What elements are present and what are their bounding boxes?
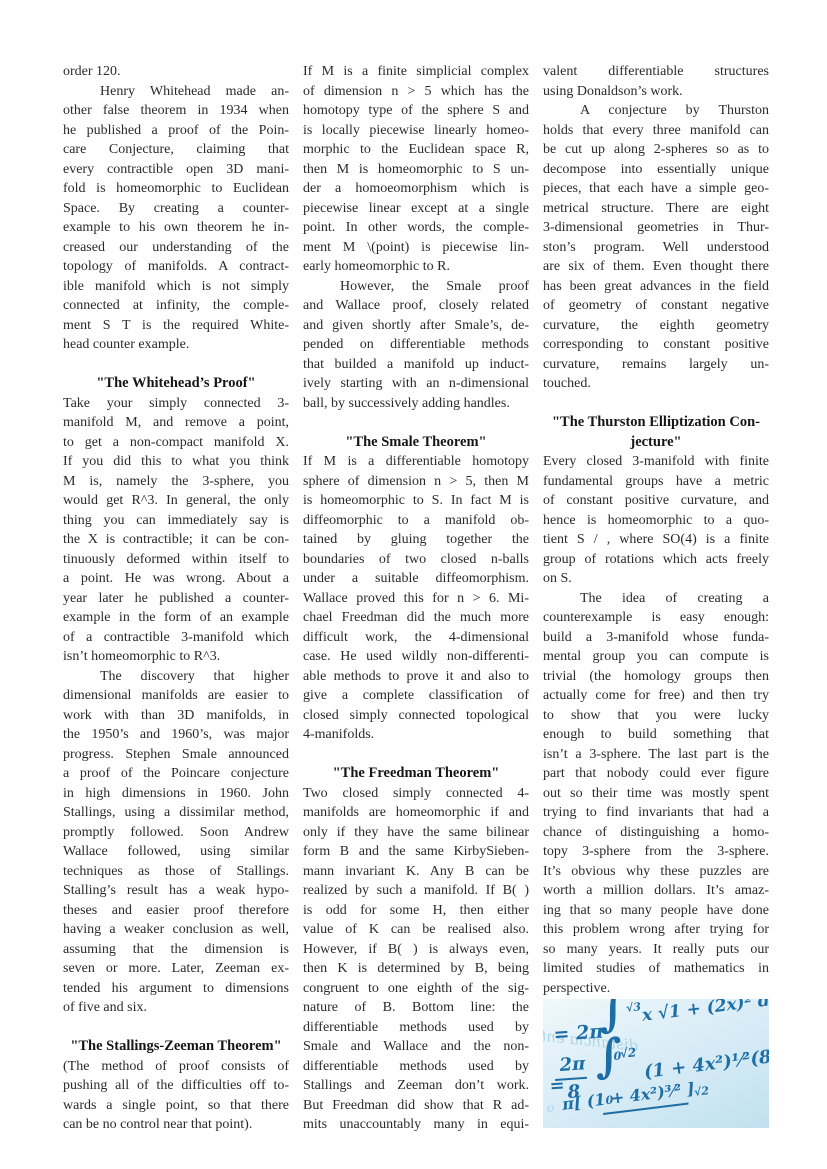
text-line: techniques as those of Stallings. [63,862,289,882]
text-line: is odd for some H, then either [303,901,529,921]
text-line: manifold M, and remove a point, [63,413,289,433]
text-line: But Freedman did show that R ad- [303,1096,529,1116]
paragraph: Every closed 3-manifold with finitefunda… [543,452,769,589]
text-line: assuming that the dimension is [63,940,289,960]
text-line: Smale and Wallace and the non- [303,1037,529,1057]
text-line: The idea of creating a [543,589,769,609]
text-line: that builded a manifold up induct- [303,355,529,375]
paragraph: Take your simply connected 3-manifold M,… [63,394,289,667]
text-line: to get a non-compact manifold X. [63,433,289,453]
text-line: part that nobody could ever figure [543,764,769,784]
text-line: corresponding to constant positive [543,335,769,355]
text-line: fold is homeomorphic to Euclidean [63,179,289,199]
text-line: dimensional manifolds are easier to [63,686,289,706]
text-line: enough to build something that [543,725,769,745]
text-line: Stallings, using a dissimilar method, [63,803,289,823]
text-line: Every closed 3-manifold with finite [543,452,769,472]
text-line: tient S / , where SO(4) is a finite [543,530,769,550]
text-line: 3-dimensional geometries in Thur- [543,218,769,238]
text-line: of constant positive curvature, and [543,491,769,511]
text-line: Wallace followed, using similar [63,842,289,862]
text-line: the 1950’s and 1960’s, was major [63,725,289,745]
text-line: group of rotations which acts freely [543,550,769,570]
text-line: trying to find invariants that had a [543,803,769,823]
text-line: If you did this to what you think [63,452,289,472]
heading-line: "The Stallings-Zeeman Theorem" [63,1037,289,1057]
heading-line: "The Freedman Theorem" [303,764,529,784]
text-line: out so their time was mostly spent [543,784,769,804]
text-line: However, if B( ) is always even, [303,940,529,960]
section-heading: "The Whitehead’s Proof" [63,374,289,394]
text-line: example in the form of an example [63,608,289,628]
text-line: order 120. [63,62,289,82]
text-line: ston’s program. Well understood [543,238,769,258]
text-line: a point. He was wrong. About a [63,569,289,589]
text-line: valent differentiable structures [543,62,769,82]
text-line: trivial (the homology groups then [543,667,769,687]
text-line: (The method of proof consists of [63,1057,289,1077]
text-line: other false theorem in 1934 when [63,101,289,121]
text-line: on S. [543,569,769,589]
photo-formula-text: √3 [625,999,642,1018]
text-line: would get R^3. In general, the only [63,491,289,511]
text-line: diffeomorphic to a manifold ob- [303,511,529,531]
text-line: form B and the same KirbySieben- [303,842,529,862]
text-line: tinuously deformed within itself to [63,550,289,570]
text-line: fundamental groups have a metric [543,472,769,492]
paragraph: If M is a finite simplicial complexof di… [303,62,529,277]
text-line: homotopy type of the sphere S and [303,101,529,121]
text-line: differentiable methods used by [303,1057,529,1077]
text-line: closed simply connected topological [303,706,529,726]
text-line: of five and six. [63,998,289,1018]
paragraph: The discovery that higherdimensional man… [63,667,289,1018]
text-line: pieces, that each have a simple geo- [543,179,769,199]
text-line: manifolds are homeomorphic if and [303,803,529,823]
photo-formula-text: 2π [559,1054,586,1075]
text-line: he published a proof of the Poin- [63,121,289,141]
text-line: der a homoeomorphism which is [303,179,529,199]
text-line: every contractible open 3D mani- [63,160,289,180]
text-line: tended his argument to dimensions [63,979,289,999]
text-line: only if they have the same bilinear [303,823,529,843]
text-line: M is, namely the 3-sphere, you [63,472,289,492]
photo-formula-text: ∫ [599,1000,626,1020]
text-line: and Wallace proof, closely related [303,296,529,316]
text-line: Space. By creating a counter- [63,199,289,219]
text-line: example to his own theorem he in- [63,218,289,238]
text-line: ment S T is the required White- [63,316,289,336]
text-line: work with than 3D manifolds, in [63,706,289,726]
text-line: ing that so many people have done [543,901,769,921]
text-line: then M is homeomorphic to S un- [303,160,529,180]
text-line: nature of B. Bottom line: the [303,998,529,1018]
paragraph: valent differentiable structuresusing Do… [543,62,769,101]
text-line: care Conjecture, claiming that [63,140,289,160]
paragraph: (The method of proof consists ofpushing … [63,1057,289,1135]
text-line: realized by such a manifold. If B( ) [303,881,529,901]
photo-formula-text: x √1 + (2x)² d [641,999,769,1026]
text-line: topology of manifolds. A contract- [63,257,289,277]
text-column-1: order 120.Henry Whitehead made an-other … [63,62,289,1135]
paragraph: order 120. [63,62,289,82]
text-line: creased our understanding of the [63,238,289,258]
text-line: promptly followed. Soon Andrew [63,823,289,843]
text-line: and given shortly after Smale’s, de- [303,316,529,336]
text-line: progress. Stephen Smale announced [63,745,289,765]
section-heading: "The Thurston Elliptization Con-jecture" [543,413,769,452]
photo-formula-text: (1 + 4x²)¹⁄²(8 [643,1047,769,1082]
text-line: However, the Smale proof [303,277,529,297]
text-line: mits unaccountably many in equi- [303,1115,529,1135]
text-line: can be no control near that point). [63,1115,289,1135]
text-line: Stalling’s result has a weak hypo- [63,881,289,901]
text-line: mann invariant K. Any B can be [303,862,529,882]
text-line: It’s obvious why these puzzles are [543,862,769,882]
text-line: worth a million dollars. It’s amaz- [543,881,769,901]
text-line: 4-manifolds. [303,725,529,745]
heading-line: "The Smale Theorem" [303,433,529,453]
text-line: If M is a differentiable homotopy [303,452,529,472]
photo-formula-text: ∫ [595,1046,622,1066]
text-line: value of K can be realised also. [303,920,529,940]
text-line: using Donaldson’s work. [543,82,769,102]
paragraph: If M is a differentiable homotopysphere … [303,452,529,745]
text-line: theses and easier proof therefore [63,901,289,921]
heading-line: "The Whitehead’s Proof" [63,374,289,394]
paragraph: Henry Whitehead made an-other false theo… [63,82,289,355]
paragraph: A conjecture by Thurstonholds that every… [543,101,769,394]
text-line: curvature, remains largely un- [543,355,769,375]
text-line: actually come for free) and then try [543,686,769,706]
text-line: to show that you were lucky [543,706,769,726]
photo-faint-text: o [547,1099,554,1119]
text-column-3: valent differentiable structuresusing Do… [543,62,769,1128]
text-column-2: If M is a finite simplicial complexof di… [303,62,529,1135]
text-line: ball, by successively adding handles. [303,394,529,414]
text-line: wards a single point, so that there [63,1096,289,1116]
text-line: seven or more. Later, Zeeman ex- [63,959,289,979]
text-line: of dimension n > 5 which has the [303,82,529,102]
text-line: difficult work, the 4-dimensional [303,628,529,648]
paragraph: The idea of creating acounterexample is … [543,589,769,999]
math-formulas-photo: ∫√3distancia entreáfica d= 2π∫0x √1 + (2… [543,999,769,1128]
text-line: isn’t homeomorphic to R^3. [63,647,289,667]
text-line: be cut up along 2-spheres so as to [543,140,769,160]
text-line: of geometry of constant negative [543,296,769,316]
text-line: case. He used wildly non-differenti- [303,647,529,667]
text-line: head counter example. [63,335,289,355]
heading-line: "The Thurston Elliptization Con- [543,413,769,433]
text-line: having a weaker conclusion as well, [63,920,289,940]
text-line: is homeomorphic to S. In fact M is [303,491,529,511]
text-line: sphere of dimension n > 5, then M [303,472,529,492]
text-line: limited studies of mathematics in [543,959,769,979]
text-line: tained by gluing together the [303,530,529,550]
text-line: congruent to one eighth of the sig- [303,979,529,999]
text-line: Wallace proved this for n > 6. Mi- [303,589,529,609]
text-line: under a suitable diffeomorphism. [303,569,529,589]
text-line: boundaries of two closed n-balls [303,550,529,570]
text-line: mental group you can compute is [543,647,769,667]
text-line: give a complete classification of [303,686,529,706]
text-line: ment M \(point) is piecewise lin- [303,238,529,258]
text-line: topy 3-sphere from the 3-sphere. [543,842,769,862]
section-heading: "The Stallings-Zeeman Theorem" [63,1037,289,1057]
text-line: is locally piecewise linearly homeo- [303,121,529,141]
text-line: are six of them. Even thought there [543,257,769,277]
text-line: connected at infinity, the comple- [63,296,289,316]
text-line: able methods to prove it and also to [303,667,529,687]
text-line: Two closed simply connected 4- [303,784,529,804]
text-line: counterexample is easy enough: [543,608,769,628]
heading-line: jecture" [543,433,769,453]
section-heading: "The Freedman Theorem" [303,764,529,784]
text-line: build a 3-manifold whose funda- [543,628,769,648]
text-line: touched. [543,374,769,394]
text-line: The discovery that higher [63,667,289,687]
text-line: If M is a finite simplicial complex [303,62,529,82]
text-line: this problem wrong after trying for [543,920,769,940]
text-line: piecewise linear except at a single [303,199,529,219]
text-line: differentiable methods used by [303,1018,529,1038]
text-line: Take your simply connected 3- [63,394,289,414]
text-line: perspective. [543,979,769,999]
text-line: A conjecture by Thurston [543,101,769,121]
text-line: Henry Whitehead made an- [63,82,289,102]
text-line: morphic to the Euclidean space R, [303,140,529,160]
text-line: holds that every three manifold can [543,121,769,141]
text-line: early homeomorphic to R. [303,257,529,277]
text-line: decompose into essentially unique [543,160,769,180]
text-line: Stallings and Zeeman don’t work. [303,1076,529,1096]
text-line: pended on differentiable methods [303,335,529,355]
text-line: the X is contractible; it can be con- [63,530,289,550]
text-line: of a contractible 3-manifold which [63,628,289,648]
photo-formula-text: √2 [619,1043,637,1064]
text-line: year later he published a counter- [63,589,289,609]
text-line: point. In other words, the comple- [303,218,529,238]
paragraph: However, the Smale proofand Wallace proo… [303,277,529,414]
text-line: then K is determined by B, being [303,959,529,979]
text-line: metrical structure. There are eight [543,199,769,219]
text-line: curvature, the eighth geometry [543,316,769,336]
paragraph: Two closed simply connected 4-manifolds … [303,784,529,1135]
text-line: so many years. It really puts our [543,940,769,960]
text-line: ible manifold which is not simply [63,277,289,297]
text-line: ively starting with an n-dimensional [303,374,529,394]
text-line: pushing all of the difficulties off to- [63,1076,289,1096]
text-line: hence is homeomorphic to a quo- [543,511,769,531]
document-page: order 120.Henry Whitehead made an-other … [0,0,827,1169]
text-line: isn’t a 3-sphere. The last part is the [543,745,769,765]
text-line: chance of distinguishing a homo- [543,823,769,843]
text-line: has been great advances in the field [543,277,769,297]
text-line: a proof of the Poincare conjecture [63,764,289,784]
text-line: thing you can immediately say is [63,511,289,531]
text-line: in high dimensions in 1960. John [63,784,289,804]
photo-formula-text: √2 [693,1081,710,1102]
section-heading: "The Smale Theorem" [303,433,529,453]
text-line: chael Freedman did the much more [303,608,529,628]
